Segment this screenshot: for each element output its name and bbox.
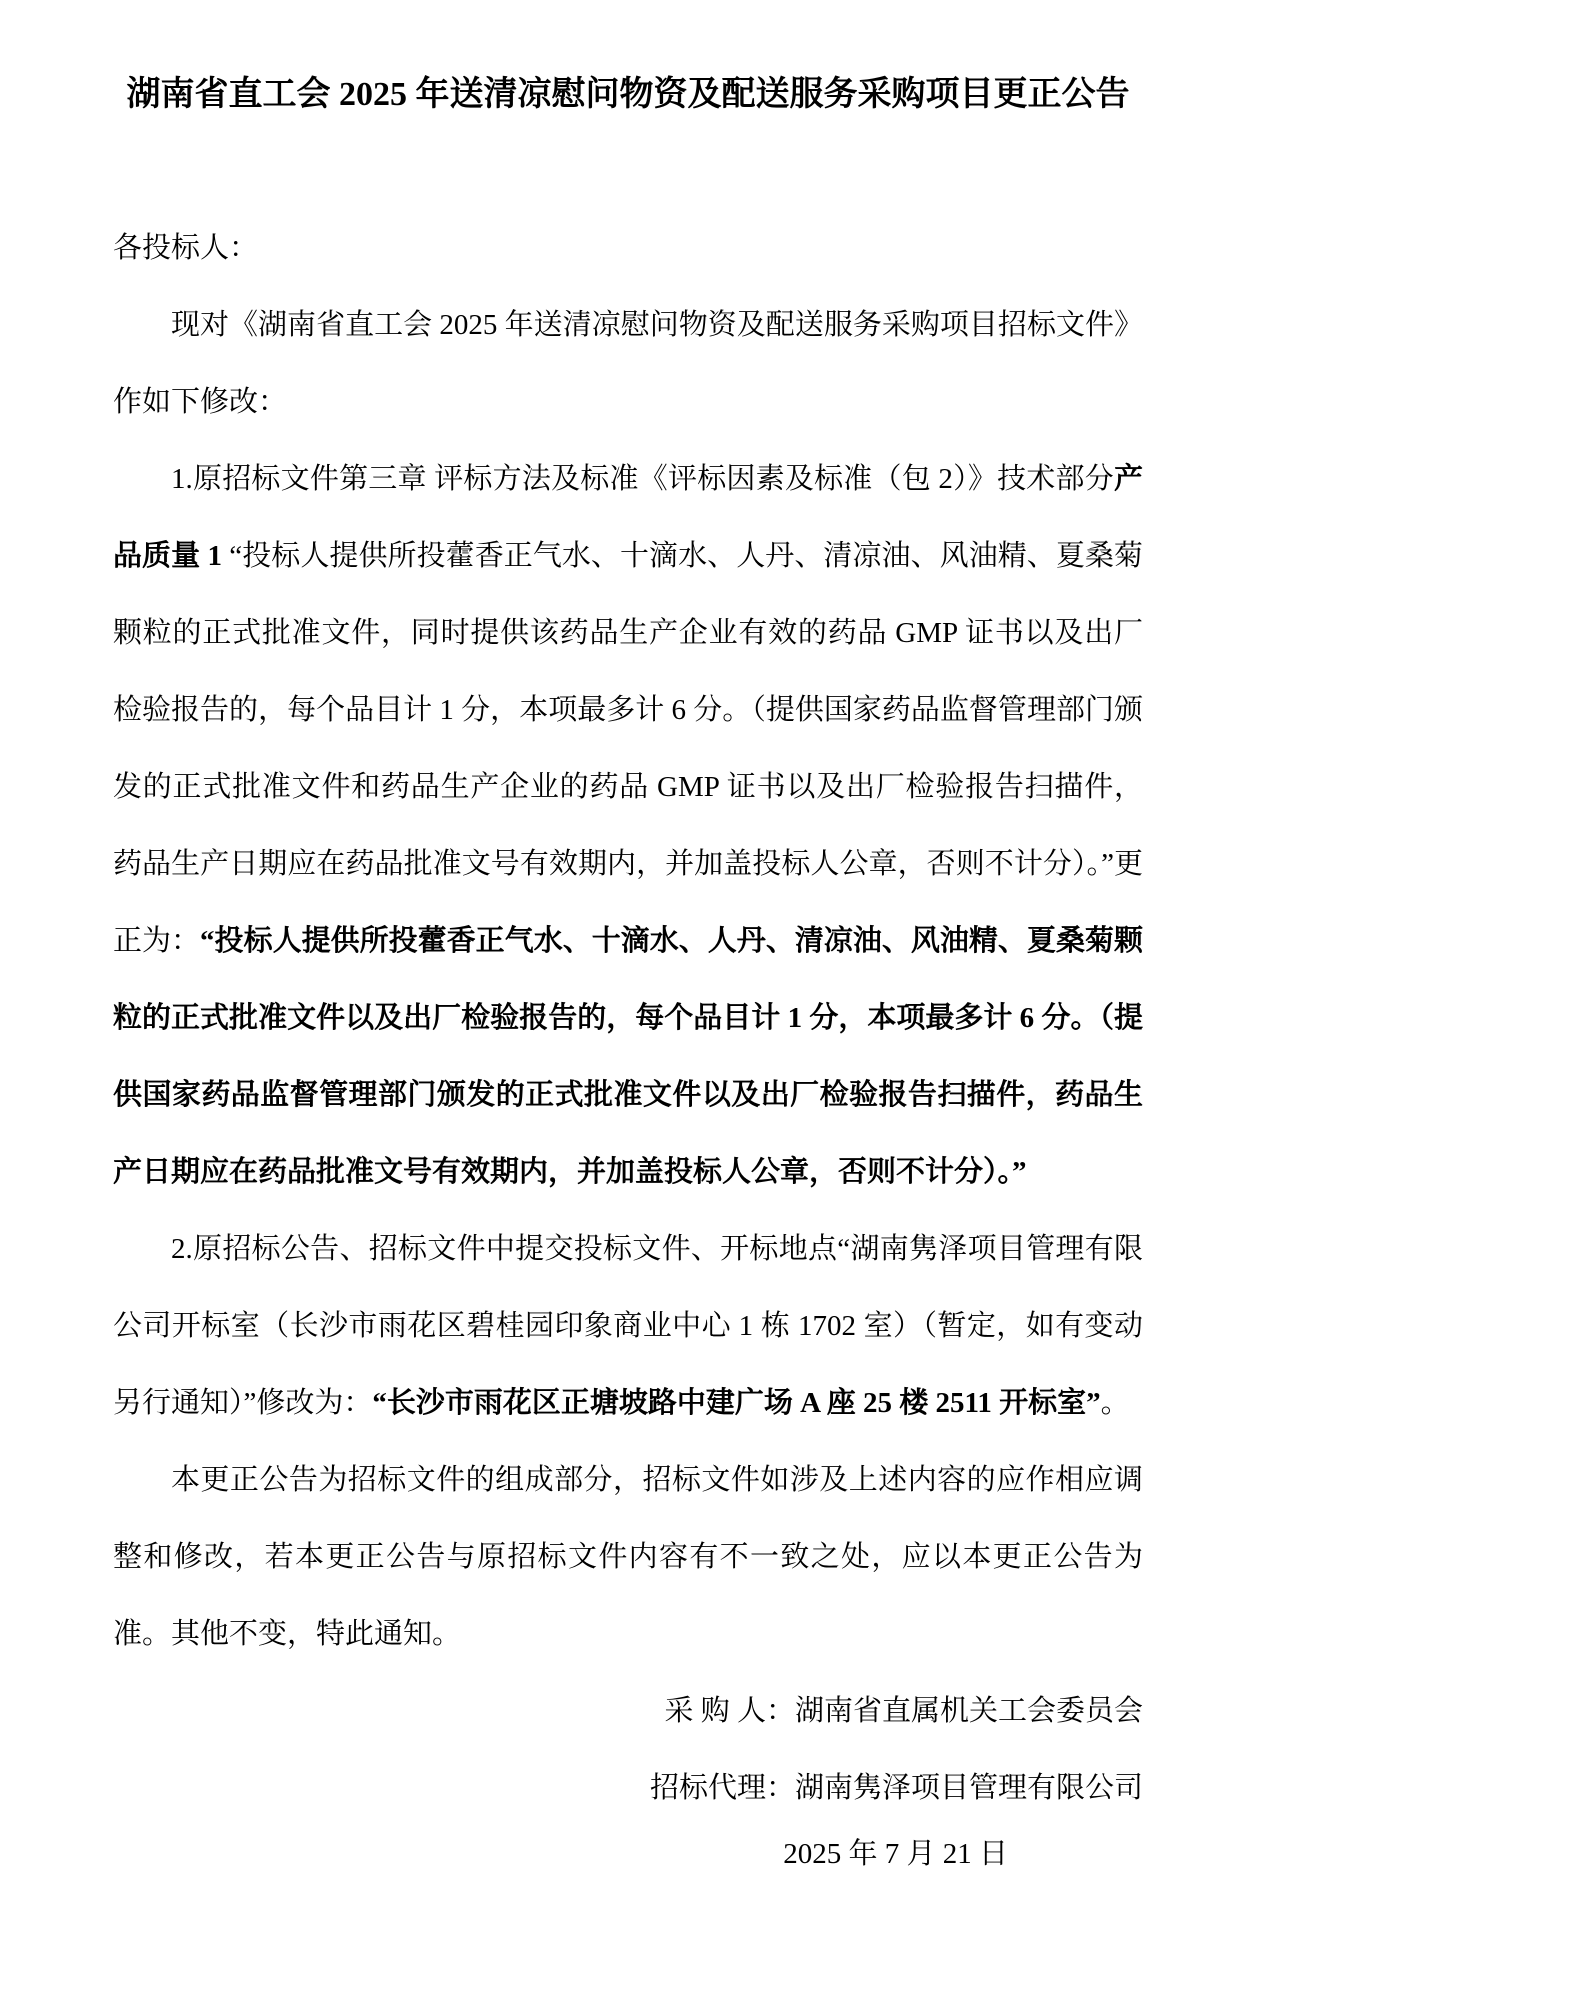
- closing-paragraph: 本更正公告为招标文件的组成部分，招标文件如涉及上述内容的应作相应调整和修改，若本…: [113, 1442, 1143, 1673]
- agent-line: 招标代理：湖南隽泽项目管理有限公司: [113, 1750, 1143, 1827]
- signature-block: 采 购 人：湖南省直属机关工会委员会 招标代理：湖南隽泽项目管理有限公司 202…: [113, 1673, 1143, 1882]
- item1-paragraph: 1.原招标文件第三章 评标方法及标准《评标因素及标准（包 2）》技术部分产品质量…: [113, 441, 1143, 1211]
- document-page: 湖南省直工会 2025 年送清凉慰问物资及配送服务采购项目更正公告 各投标人： …: [0, 0, 1587, 2009]
- item1-corrected-text: “投标人提供所投藿香正气水、十滴水、人丹、清凉油、风油精、夏桑菊颗粒的正式批准文…: [113, 925, 1143, 1188]
- item2-corrected-text: “长沙市雨花区正塘坡路中建广场 A 座 25 楼 2511 开标室”: [372, 1387, 1100, 1419]
- item1-lead-text: 1.原招标文件第三章 评标方法及标准《评标因素及标准（包 2）》技术部分: [171, 463, 1114, 495]
- salutation: 各投标人：: [113, 210, 1143, 287]
- intro-paragraph: 现对《湖南省直工会 2025 年送清凉慰问物资及配送服务采购项目招标文件》作如下…: [113, 287, 1143, 441]
- purchaser-line: 采 购 人：湖南省直属机关工会委员会: [113, 1673, 1143, 1750]
- date-line: 2025 年 7 月 21 日: [113, 1827, 1143, 1882]
- item1-original-text: “投标人提供所投藿香正气水、十滴水、人丹、清凉油、风油精、夏桑菊颗粒的正式批准文…: [113, 540, 1143, 957]
- item2-paragraph: 2.原招标公告、招标文件中提交投标文件、开标地点“湖南隽泽项目管理有限公司开标室…: [113, 1211, 1143, 1442]
- document-title: 湖南省直工会 2025 年送清凉慰问物资及配送服务采购项目更正公告: [113, 56, 1143, 133]
- item2-period: 。: [1101, 1387, 1130, 1419]
